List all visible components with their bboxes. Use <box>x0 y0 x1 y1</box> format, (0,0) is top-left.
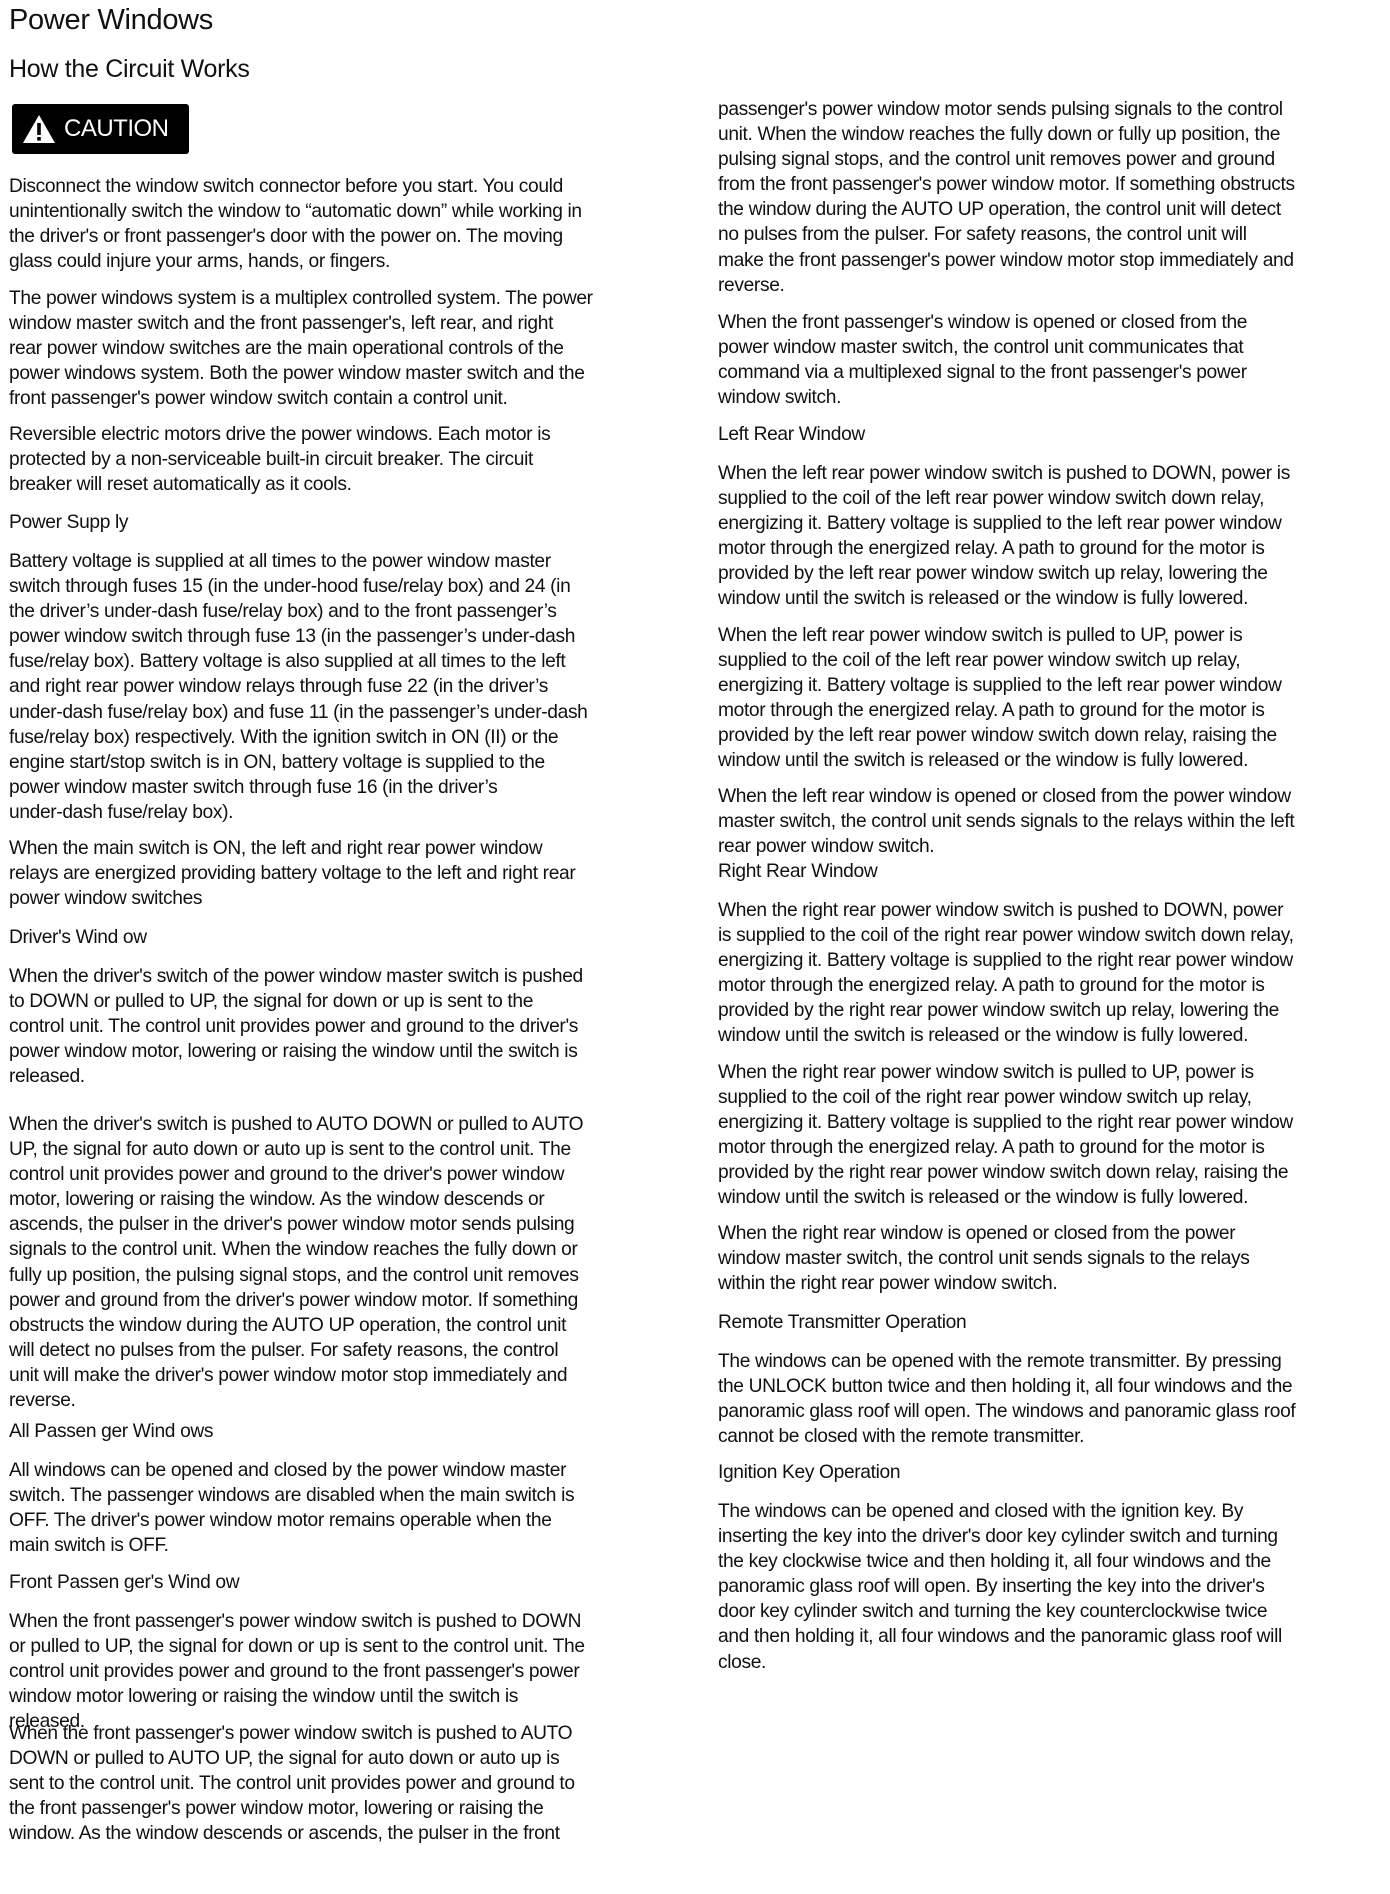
text-line: provided by the right rear power window … <box>718 998 1388 1023</box>
text-line: Battery voltage is supplied at all times… <box>9 549 679 574</box>
text-line: rear power window switch. <box>718 834 1388 859</box>
text-line: When the driver's switch of the power wi… <box>9 964 679 989</box>
section-heading: Right Rear Window <box>718 859 1388 884</box>
text-line: window motor lowering or raising the win… <box>9 1684 679 1709</box>
text-line: When the front passenger's power window … <box>9 1721 679 1746</box>
text-line: pulsing signal stops, and the control un… <box>718 147 1388 172</box>
text-line: Power Supp ly <box>9 510 679 535</box>
text-line: When the left rear power window switch i… <box>718 461 1388 486</box>
paragraph: The windows can be opened with the remot… <box>718 1349 1388 1449</box>
text-line: window master switch, the control unit s… <box>718 1246 1388 1271</box>
text-line: Left Rear Window <box>718 422 1388 447</box>
text-line: control unit. The control unit provides … <box>9 1014 679 1039</box>
text-line: window switch. <box>718 385 1388 410</box>
paragraph: When the left rear window is opened or c… <box>718 784 1388 859</box>
text-line: door key cylinder switch and turning the… <box>718 1599 1388 1624</box>
paragraph: When the driver's switch of the power wi… <box>9 964 679 1089</box>
text-line: the driver’s under-dash fuse/relay box) … <box>9 599 679 624</box>
text-line: provided by the left rear power window s… <box>718 561 1388 586</box>
text-line: When the left rear window is opened or c… <box>718 784 1388 809</box>
text-line: glass could injure your arms, hands, or … <box>9 249 679 274</box>
text-line: under-dash fuse/relay box). <box>9 800 679 825</box>
text-line: panoramic glass roof will open. By inser… <box>718 1574 1388 1599</box>
text-line: obstructs the window during the AUTO UP … <box>9 1313 679 1338</box>
text-line: power windows system. Both the power win… <box>9 361 679 386</box>
text-line: motor through the energized relay. A pat… <box>718 973 1388 998</box>
text-line: energizing it. Battery voltage is suppli… <box>718 673 1388 698</box>
text-line: When the right rear power window switch … <box>718 898 1388 923</box>
text-line: and then holding it, all four windows an… <box>718 1624 1388 1649</box>
text-line: unintentionally switch the window to “au… <box>9 199 679 224</box>
text-line: supplied to the coil of the right rear p… <box>718 1085 1388 1110</box>
text-line: When the driver's switch is pushed to AU… <box>9 1112 679 1137</box>
paragraph: When the driver's switch is pushed to AU… <box>9 1112 679 1413</box>
text-line: window until the switch is released or t… <box>718 748 1388 773</box>
text-line: panoramic glass roof will open. The wind… <box>718 1399 1388 1424</box>
paragraph: When the front passenger's power window … <box>9 1609 679 1734</box>
text-line: signals to the control unit. When the wi… <box>9 1237 679 1262</box>
text-line: protected by a non-serviceable built-in … <box>9 447 679 472</box>
text-line: the UNLOCK button twice and then holding… <box>718 1374 1388 1399</box>
paragraph: When the right rear window is opened or … <box>718 1221 1388 1296</box>
paragraph: The power windows system is a multiplex … <box>9 286 679 411</box>
text-line: power window motor, lowering or raising … <box>9 1039 679 1064</box>
text-line: When the left rear power window switch i… <box>718 623 1388 648</box>
section-heading: Driver's Wind ow <box>9 925 679 950</box>
text-line: Reversible electric motors drive the pow… <box>9 422 679 447</box>
text-line: motor through the energized relay. A pat… <box>718 536 1388 561</box>
caution-label: CAUTION <box>64 115 169 143</box>
text-line: control unit provides power and ground t… <box>9 1659 679 1684</box>
text-line: switch through fuses 15 (in the under-ho… <box>9 574 679 599</box>
text-line: Driver's Wind ow <box>9 925 679 950</box>
text-line: power and ground from the driver's power… <box>9 1288 679 1313</box>
text-line: provided by the left rear power window s… <box>718 723 1388 748</box>
text-line: When the right rear window is opened or … <box>718 1221 1388 1246</box>
section-heading: Left Rear Window <box>718 422 1388 447</box>
section-title: How the Circuit Works <box>9 52 250 86</box>
text-line: passenger's power window motor sends pul… <box>718 97 1388 122</box>
text-line: window until the switch is released or t… <box>718 586 1388 611</box>
text-line: or pulled to UP, the signal for down or … <box>9 1634 679 1659</box>
text-line: UP, the signal for auto down or auto up … <box>9 1137 679 1162</box>
text-line: the front passenger's power window motor… <box>9 1796 679 1821</box>
paragraph: When the left rear power window switch i… <box>718 461 1388 612</box>
text-line: When the front passenger's power window … <box>9 1609 679 1634</box>
section-heading: All Passen ger Wind ows <box>9 1419 679 1444</box>
text-line: provided by the right rear power window … <box>718 1160 1388 1185</box>
text-line: close. <box>718 1650 1388 1675</box>
text-line: fuse/relay box) respectively. With the i… <box>9 725 679 750</box>
text-line: to DOWN or pulled to UP, the signal for … <box>9 989 679 1014</box>
text-line: sent to the control unit. The control un… <box>9 1771 679 1796</box>
text-line: inserting the key into the driver's door… <box>718 1524 1388 1549</box>
text-line: unit. When the window reaches the fully … <box>718 122 1388 147</box>
text-line: motor, lowering or raising the window. A… <box>9 1187 679 1212</box>
paragraph: All windows can be opened and closed by … <box>9 1458 679 1558</box>
text-line: fully up position, the pulsing signal st… <box>9 1263 679 1288</box>
paragraph: When the front passenger's window is ope… <box>718 310 1388 410</box>
text-line: reverse. <box>9 1388 679 1413</box>
paragraph: When the main switch is ON, the left and… <box>9 836 679 911</box>
text-line: OFF. The driver's power window motor rem… <box>9 1508 679 1533</box>
text-line: is supplied to the coil of the right rea… <box>718 923 1388 948</box>
section-heading: Front Passen ger's Wind ow <box>9 1570 679 1595</box>
paragraph: When the right rear power window switch … <box>718 898 1388 1049</box>
text-line: rear power window switches are the main … <box>9 336 679 361</box>
text-line: released. <box>9 1064 679 1089</box>
text-line: Ignition Key Operation <box>718 1460 1388 1485</box>
text-line: window until the switch is released or t… <box>718 1023 1388 1048</box>
text-line: All Passen ger Wind ows <box>9 1419 679 1444</box>
text-line: main switch is OFF. <box>9 1533 679 1558</box>
paragraph: Battery voltage is supplied at all times… <box>9 549 679 825</box>
caution-badge: CAUTION <box>12 104 189 154</box>
text-line: All windows can be opened and closed by … <box>9 1458 679 1483</box>
warning-triangle-icon <box>22 114 56 144</box>
text-line: window until the switch is released or t… <box>718 1185 1388 1210</box>
text-line: relays are energized providing battery v… <box>9 861 679 886</box>
paragraph: Reversible electric motors drive the pow… <box>9 422 679 497</box>
text-line: energizing it. Battery voltage is suppli… <box>718 948 1388 973</box>
text-line: from the front passenger's power window … <box>718 172 1388 197</box>
text-line: cannot be closed with the remote transmi… <box>718 1424 1388 1449</box>
text-line: switch. The passenger windows are disabl… <box>9 1483 679 1508</box>
paragraph: When the right rear power window switch … <box>718 1060 1388 1211</box>
text-line: fuse/relay box). Battery voltage is also… <box>9 649 679 674</box>
paragraph: When the left rear power window switch i… <box>718 623 1388 774</box>
text-line: make the front passenger's power window … <box>718 248 1388 273</box>
text-line: Remote Transmitter Operation <box>718 1310 1388 1335</box>
text-line: window master switch and the front passe… <box>9 311 679 336</box>
section-heading: Ignition Key Operation <box>718 1460 1388 1485</box>
text-line: no pulses from the pulser. For safety re… <box>718 222 1388 247</box>
text-line: breaker will reset automatically as it c… <box>9 472 679 497</box>
text-line: will detect no pulses from the pulser. F… <box>9 1338 679 1363</box>
paragraph: The windows can be opened and closed wit… <box>718 1499 1388 1675</box>
paragraph: passenger's power window motor sends pul… <box>718 97 1388 298</box>
section-heading: Remote Transmitter Operation <box>718 1310 1388 1335</box>
text-line: within the right rear power window switc… <box>718 1271 1388 1296</box>
text-line: When the main switch is ON, the left and… <box>9 836 679 861</box>
text-line: The windows can be opened with the remot… <box>718 1349 1388 1374</box>
text-line: master switch, the control unit sends si… <box>718 809 1388 834</box>
text-line: engine start/stop switch is in ON, batte… <box>9 750 679 775</box>
text-line: power window master switch through fuse … <box>9 775 679 800</box>
page-title: Power Windows <box>9 0 213 40</box>
text-line: power window master switch, the control … <box>718 335 1388 360</box>
text-line: DOWN or pulled to AUTO UP, the signal fo… <box>9 1746 679 1771</box>
text-line: and right rear power window relays throu… <box>9 674 679 699</box>
text-line: ascends, the pulser in the driver's powe… <box>9 1212 679 1237</box>
section-heading: Power Supp ly <box>9 510 679 535</box>
text-line: energizing it. Battery voltage is suppli… <box>718 511 1388 536</box>
text-line: the window during the AUTO UP operation,… <box>718 197 1388 222</box>
text-line: The power windows system is a multiplex … <box>9 286 679 311</box>
text-line: When the front passenger's window is ope… <box>718 310 1388 335</box>
text-line: reverse. <box>718 273 1388 298</box>
text-line: motor through the energized relay. A pat… <box>718 1135 1388 1160</box>
text-line: energizing it. Battery voltage is suppli… <box>718 1110 1388 1135</box>
text-line: When the right rear power window switch … <box>718 1060 1388 1085</box>
text-line: supplied to the coil of the left rear po… <box>718 486 1388 511</box>
paragraph: Disconnect the window switch connector b… <box>9 174 679 274</box>
text-line: window. As the window descends or ascend… <box>9 1821 679 1846</box>
text-line: command via a multiplexed signal to the … <box>718 360 1388 385</box>
text-line: supplied to the coil of the left rear po… <box>718 648 1388 673</box>
text-line: motor through the energized relay. A pat… <box>718 698 1388 723</box>
paragraph: When the front passenger's power window … <box>9 1721 679 1846</box>
text-line: Disconnect the window switch connector b… <box>9 174 679 199</box>
text-line: Front Passen ger's Wind ow <box>9 1570 679 1595</box>
text-line: control unit provides power and ground t… <box>9 1162 679 1187</box>
text-line: the driver's or front passenger's door w… <box>9 224 679 249</box>
text-line: under-dash fuse/relay box) and fuse 11 (… <box>9 700 679 725</box>
text-line: unit will make the driver's power window… <box>9 1363 679 1388</box>
text-line: front passenger's power window switch co… <box>9 386 679 411</box>
text-line: The windows can be opened and closed wit… <box>718 1499 1388 1524</box>
text-line: power window switches <box>9 886 679 911</box>
text-line: power window switch through fuse 13 (in … <box>9 624 679 649</box>
text-line: the key clockwise twice and then holding… <box>718 1549 1388 1574</box>
text-line: Right Rear Window <box>718 859 1388 884</box>
